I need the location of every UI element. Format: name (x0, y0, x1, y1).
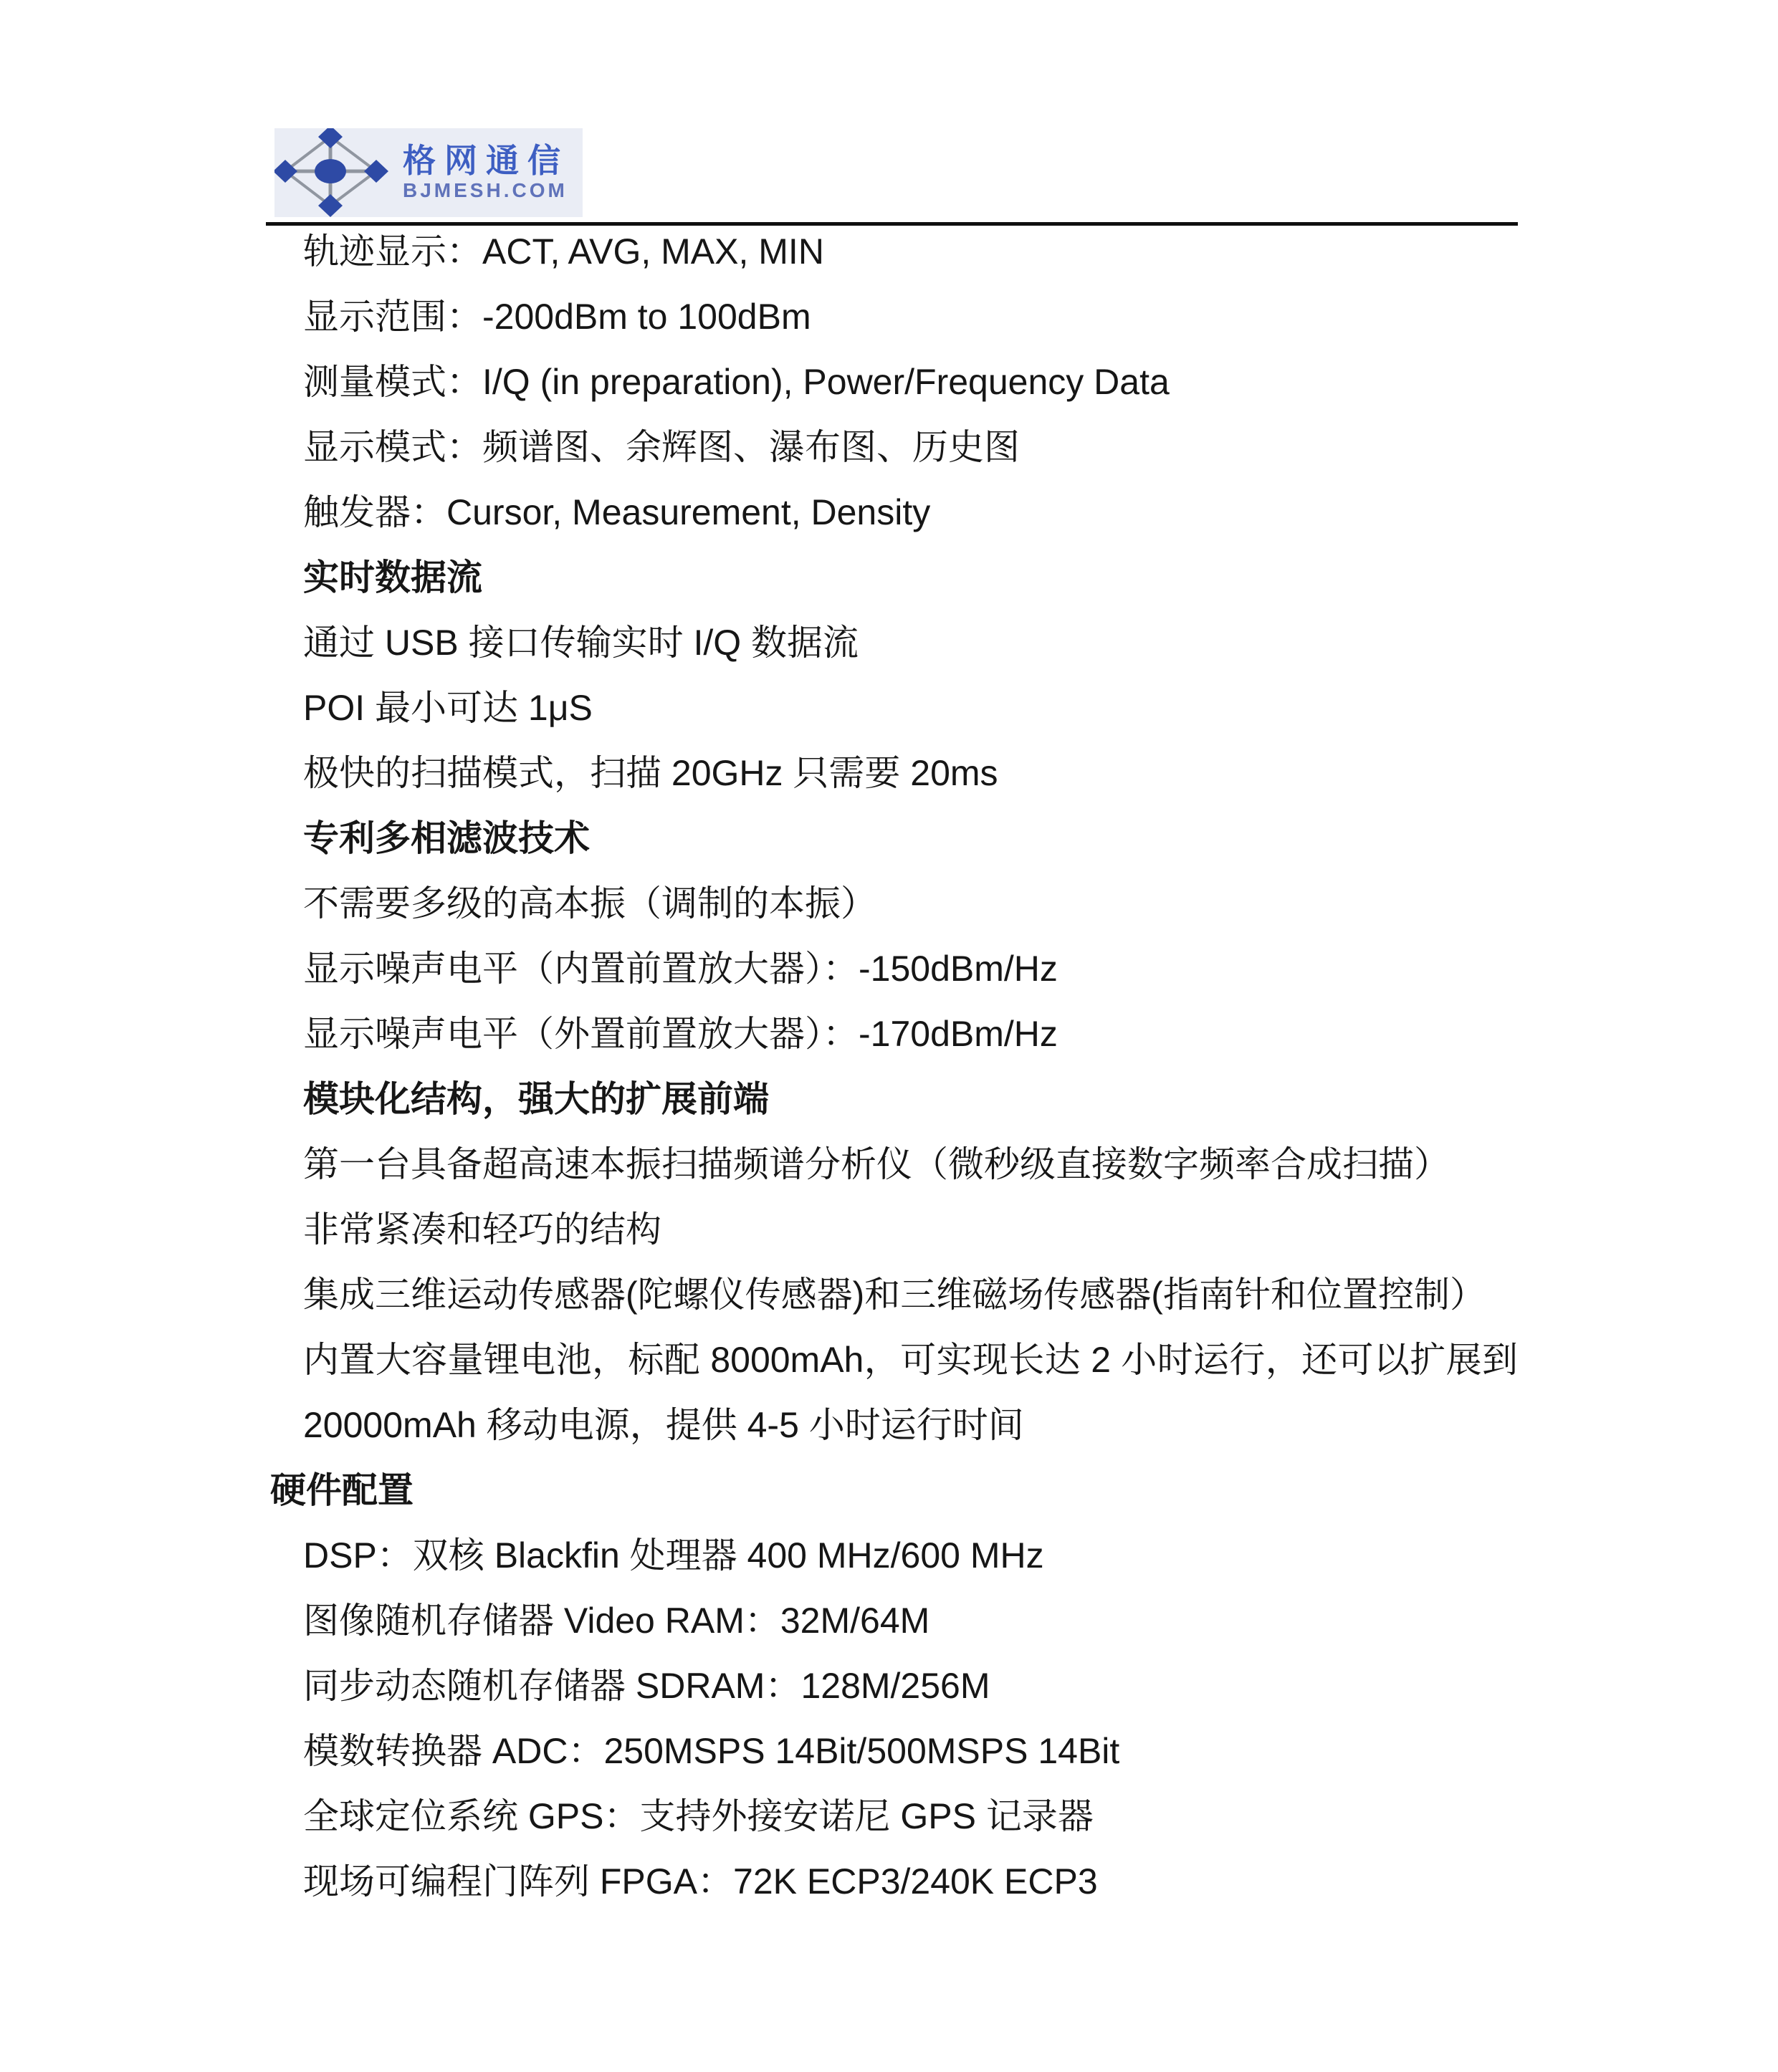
document-body: 轨迹显示：ACT, AVG, MAX, MIN显示范围：-200dBm to 1… (266, 219, 1518, 1914)
spec-line: POI 最小可达 1μS (266, 676, 1518, 741)
spec-line: 显示模式：频谱图、余辉图、瀑布图、历史图 (266, 415, 1518, 480)
section-heading: 实时数据流 (266, 545, 1518, 610)
spec-line: 集成三维运动传感器(陀螺仪传感器)和三维磁场传感器(指南针和位置控制） (266, 1262, 1518, 1328)
spec-line: 通过 USB 接口传输实时 I/Q 数据流 (266, 610, 1518, 676)
spec-line: 测量模式：I/Q (in preparation), Power/Frequen… (266, 350, 1518, 415)
spec-line: 模数转换器 ADC：250MSPS 14Bit/500MSPS 14Bit (266, 1719, 1518, 1784)
document-page: 格网通信 BJMESH.COM 轨迹显示：ACT, AVG, MAX, MIN显… (0, 0, 1778, 2072)
spec-line: 显示范围：-200dBm to 100dBm (266, 284, 1518, 350)
brand-name: 格网通信 (403, 143, 569, 178)
spec-line: 第一台具备超高速本振扫描频谱分析仪（微秒级直接数字频率合成扫描） (266, 1132, 1518, 1197)
company-logo: 格网通信 BJMESH.COM (274, 128, 583, 217)
spec-line: 全球定位系统 GPS：支持外接安诺尼 GPS 记录器 (266, 1784, 1518, 1849)
brand-domain: BJMESH.COM (403, 178, 569, 203)
spec-line: 显示噪声电平（内置前置放大器）：-150dBm/Hz (266, 936, 1518, 1002)
mesh-network-diamond-icon (274, 128, 393, 217)
section-heading: 模块化结构，强大的扩展前端 (266, 1067, 1518, 1132)
spec-line: 现场可编程门阵列 FPGA：72K ECP3/240K ECP3 (266, 1849, 1518, 1914)
spec-line: 图像随机存储器 Video RAM：32M/64M (266, 1588, 1518, 1654)
spec-line: 轨迹显示：ACT, AVG, MAX, MIN (266, 219, 1518, 284)
spec-line: 触发器：Cursor, Measurement, Density (266, 480, 1518, 545)
logo-text-block: 格网通信 BJMESH.COM (403, 143, 569, 203)
spec-line: 内置大容量锂电池，标配 8000mAh，可实现长达 2 小时运行，还可以扩展到 (266, 1328, 1518, 1393)
spec-line: 同步动态随机存储器 SDRAM：128M/256M (266, 1654, 1518, 1719)
section-heading: 专利多相滤波技术 (266, 806, 1518, 871)
spec-line: 显示噪声电平（外置前置放大器）：-170dBm/Hz (266, 1002, 1518, 1067)
spec-line: 极快的扫描模式，扫描 20GHz 只需要 20ms (266, 741, 1518, 806)
spec-line: 非常紧凑和轻巧的结构 (266, 1197, 1518, 1262)
section-heading: 硬件配置 (266, 1458, 1518, 1523)
spec-line: DSP：双核 Blackfin 处理器 400 MHz/600 MHz (266, 1523, 1518, 1588)
spec-line: 不需要多级的高本振（调制的本振） (266, 871, 1518, 936)
spec-line: 20000mAh 移动电源，提供 4-5 小时运行时间 (266, 1393, 1518, 1458)
